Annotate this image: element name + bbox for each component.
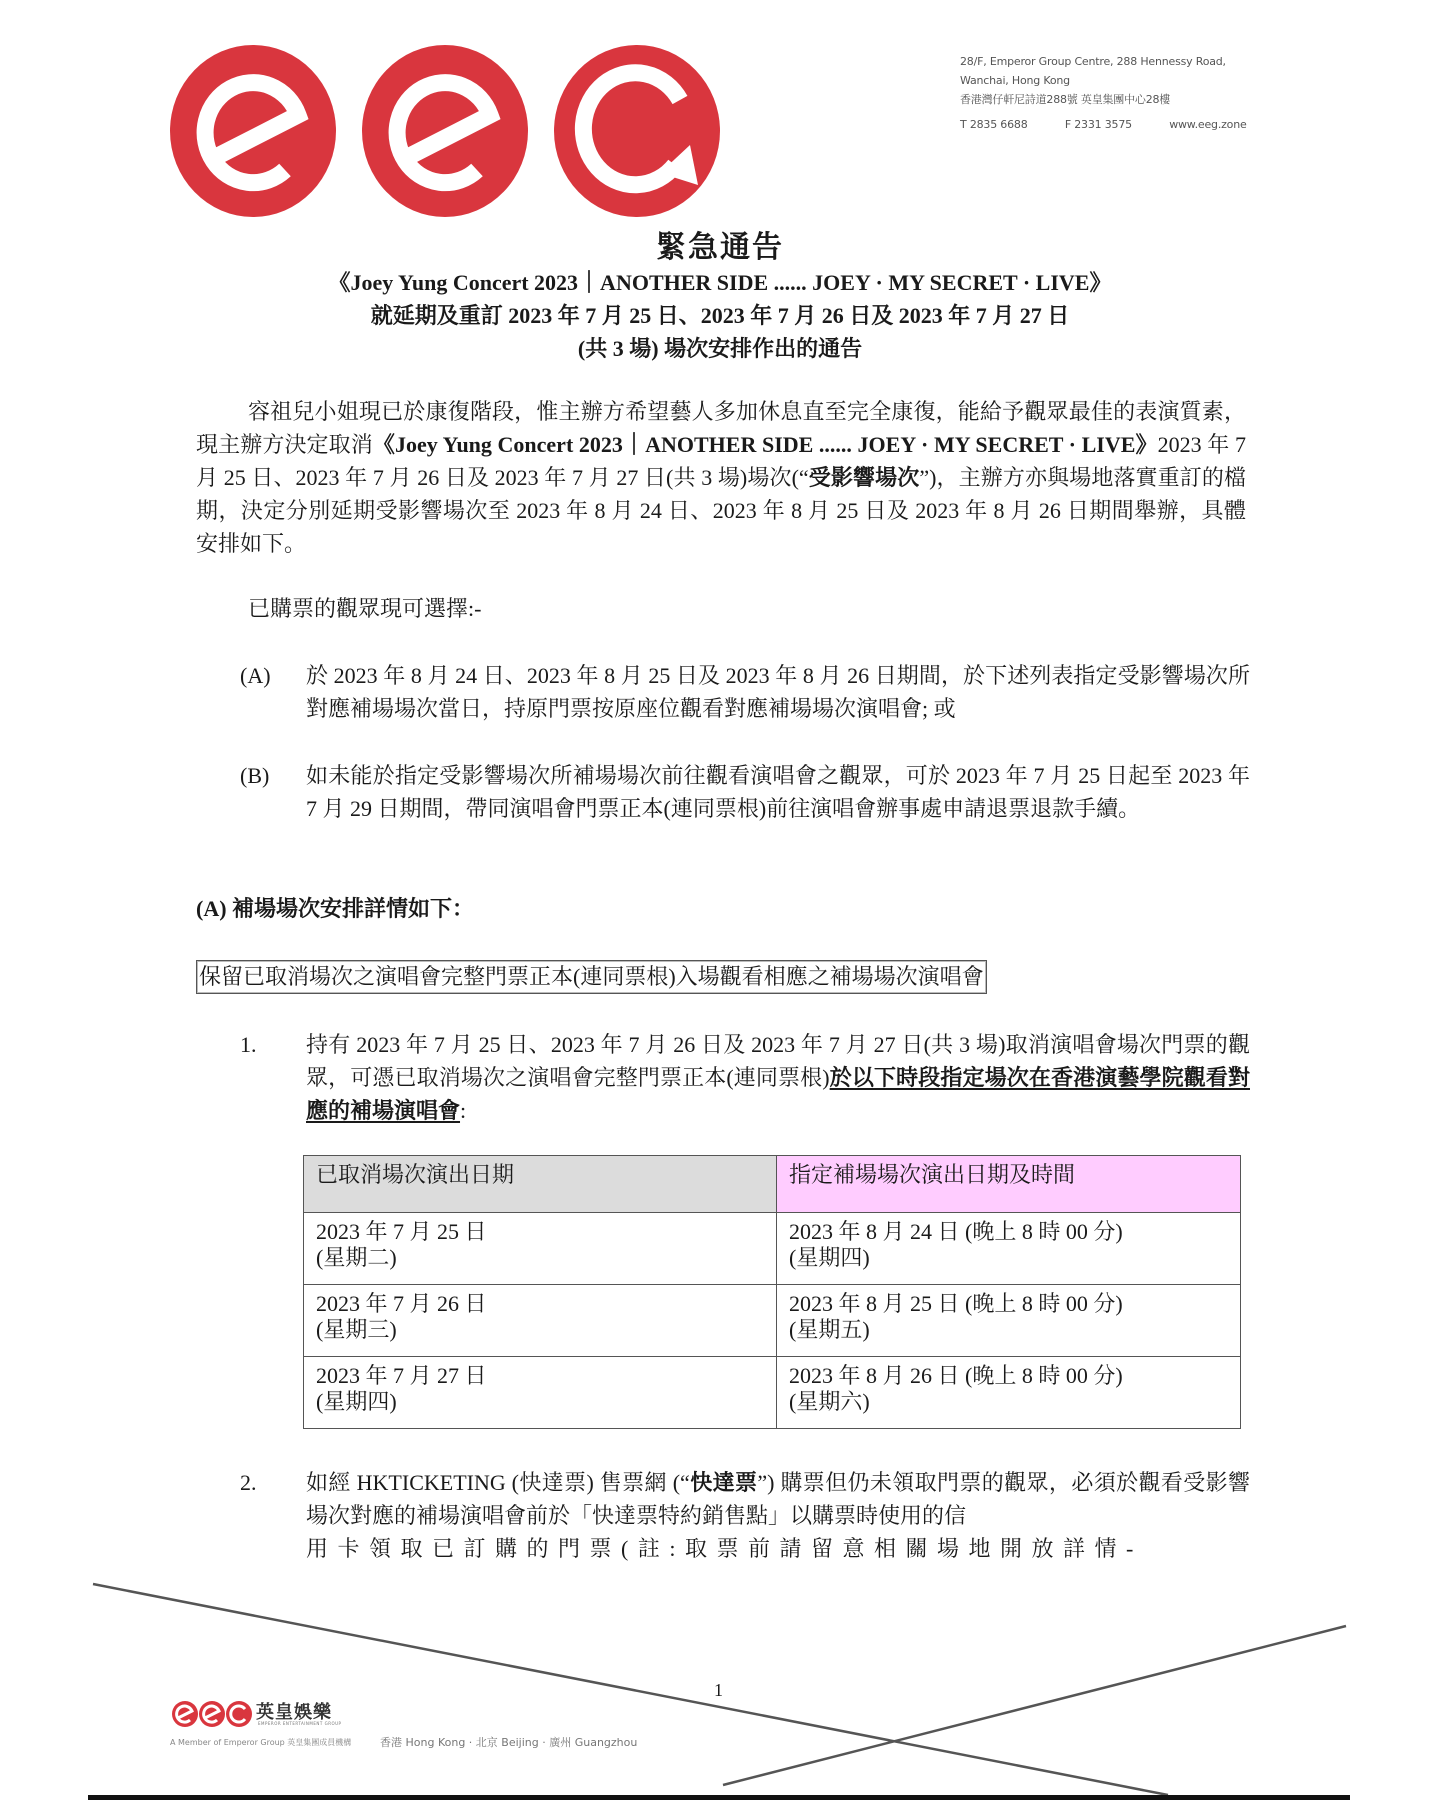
item-2-bold-term: 快達票 [690,1470,758,1495]
header-makeup-date: 指定補場場次演出日期及時間 [777,1156,1241,1213]
choose-label: 已購票的觀眾現可選擇:- [248,592,1298,625]
makeup-date: 2023 年 8 月 24 日 (晚上 8 時 00 分) [789,1219,1228,1245]
address-en-line1: 28/F, Emperor Group Centre, 288 Hennessy… [960,52,1260,71]
option-a-text: 於 2023 年 8 月 24 日、2023 年 8 月 25 日及 2023 … [306,659,1250,725]
list-item-2: 2. 如經 HKTICKETING (快達票) 售票網 (“快達票”) 購票但仍… [240,1466,1250,1576]
makeup-day: (星期五) [789,1317,1228,1343]
cancelled-cell: 2023 年 7 月 27 日(星期四) [304,1357,777,1429]
option-b-text: 如未能於指定受影響場次所補場場次前往觀看演唱會之觀眾，可於 2023 年 7 月… [306,759,1250,825]
table-row: 2023 年 7 月 25 日(星期二) 2023 年 8 月 24 日 (晚上… [304,1213,1241,1285]
list-item-text: 如經 HKTICKETING (快達票) 售票網 (“快達票”) 購票但仍未領取… [306,1466,1250,1565]
makeup-day: (星期四) [789,1245,1228,1271]
option-a-label: (A) [240,659,300,692]
page-number: 1 [714,1680,723,1701]
item-2-text-a: 如經 HKTICKETING (快達票) 售票網 (“ [306,1470,690,1495]
address-en-line2: Wanchai, Hong Kong [960,71,1260,90]
makeup-date: 2023 年 8 月 25 日 (晚上 8 時 00 分) [789,1291,1228,1317]
table-row: 2023 年 7 月 27 日(星期四) 2023 年 8 月 26 日 (晚上… [304,1357,1241,1429]
cancelled-date: 2023 年 7 月 27 日 [316,1363,764,1389]
footer-cities: 香港 Hong Kong · 北京 Beijing · 廣州 Guangzhou [380,1734,637,1750]
makeup-cell: 2023 年 8 月 25 日 (晚上 8 時 00 分)(星期五) [777,1285,1241,1357]
item-1-tail: : [460,1098,466,1123]
list-item-number: 2. [240,1466,257,1499]
option-b-label: (B) [240,759,300,792]
notice-subtitle-concert: 《Joey Yung Concert 2023｜ANOTHER SIDE ...… [0,266,1440,297]
eeg-logo-icon: .ring{fill:#d9363e}.glyph{fill:none;stro… [170,45,720,217]
address-zh: 香港灣仔軒尼詩道288號 英皇集團中心28樓 [960,90,1260,109]
makeup-cell: 2023 年 8 月 26 日 (晚上 8 時 00 分)(星期六) [777,1357,1241,1429]
schedule-table: 已取消場次演出日期 指定補場場次演出日期及時間 2023 年 7 月 25 日(… [303,1155,1241,1429]
item-2-text-c: 用卡領取已訂購的門票(註:取票前請留意相關場地開放詳情- [306,1536,1143,1561]
makeup-cell: 2023 年 8 月 24 日 (晚上 8 時 00 分)(星期四) [777,1213,1241,1285]
makeup-day: (星期六) [789,1389,1228,1415]
cancelled-day: (星期三) [316,1317,764,1343]
cancelled-day: (星期二) [316,1245,764,1271]
cancelled-date: 2023 年 7 月 25 日 [316,1219,764,1245]
table-header-row: 已取消場次演出日期 指定補場場次演出日期及時間 [304,1156,1241,1213]
boxed-note: 保留已取消場次之演唱會完整門票正本(連同票根)入場觀看相應之補場場次演唱會 [196,960,987,994]
section-a-heading: (A) 補場場次安排詳情如下： [196,892,474,923]
table-row: 2023 年 7 月 26 日(星期三) 2023 年 8 月 25 日 (晚上… [304,1285,1241,1357]
list-item-number: 1. [240,1028,257,1061]
cancelled-date: 2023 年 7 月 26 日 [316,1291,764,1317]
cancelled-cell: 2023 年 7 月 26 日(星期三) [304,1285,777,1357]
makeup-date: 2023 年 8 月 26 日 (晚上 8 時 00 分) [789,1363,1228,1389]
footer-brand-en: EMPEROR ENTERTAINMENT GROUP [258,1721,341,1726]
letterhead-address: 28/F, Emperor Group Centre, 288 Hennessy… [960,52,1260,134]
cancelled-cell: 2023 年 7 月 25 日(星期二) [304,1213,777,1285]
website-link[interactable]: www.eeg.zone [1169,118,1246,131]
intro-paragraph: 容祖兒小姐現已於康復階段，惟主辦方希望藝人多加休息直至完全康復，能給予觀眾最佳的… [196,395,1246,560]
header-cancelled-date: 已取消場次演出日期 [304,1156,777,1213]
intro-concert-name: 《Joey Yung Concert 2023｜ANOTHER SIDE ...… [373,432,1158,457]
contact-line: T 2835 6688 F 2331 3575 www.eeg.zone [960,115,1260,134]
bottom-edge-bar [88,1795,1350,1800]
footer-member-line: A Member of Emperor Group 英皇集團成員機構 [170,1737,351,1748]
cancelled-day: (星期四) [316,1389,764,1415]
phone-number: T 2835 6688 [960,118,1028,131]
notice-subtitle-shows: (共 3 場) 場次安排作出的通告 [0,332,1440,363]
intro-defined-term: 受影響場次 [809,465,920,490]
notice-title: 緊急通告 [0,222,1440,266]
list-item-1: 1. 持有 2023 年 7 月 25 日、2023 年 7 月 26 日及 2… [240,1028,1250,1138]
notice-subtitle-dates: 就延期及重訂 2023 年 7 月 25 日、2023 年 7 月 26 日及 … [0,299,1440,330]
footer-eeg-logo-icon [172,1700,252,1728]
fax-number: F 2331 3575 [1065,118,1132,131]
list-item-text: 持有 2023 年 7 月 25 日、2023 年 7 月 26 日及 2023… [306,1028,1250,1127]
